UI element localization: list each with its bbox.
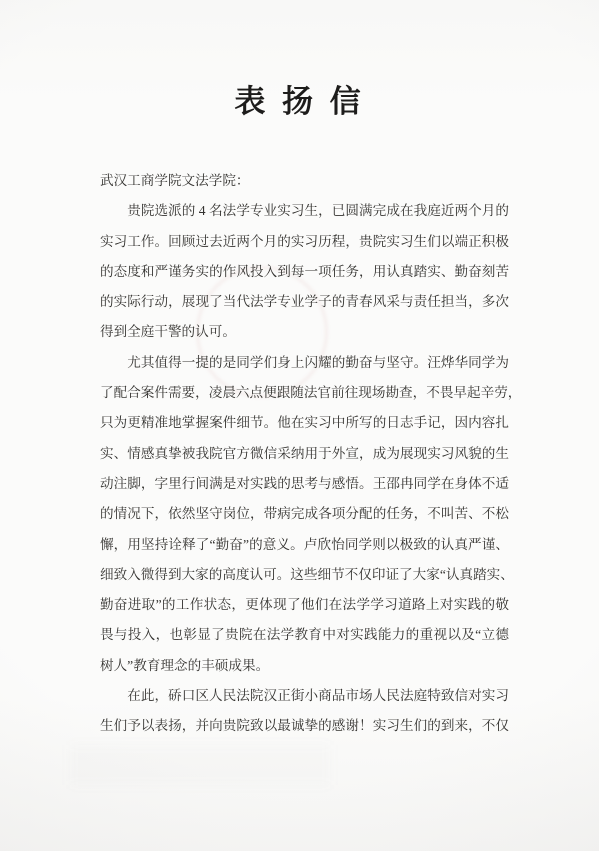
letter-line: 畏与投入，也彰显了贵院在法学教育中对实践能力的重视以及“立德 (100, 620, 509, 650)
letter-line: 贵院选派的 4 名法学专业实习生，已圆满完成在我庭近两个月的 (100, 196, 509, 226)
letter-line: 树人”教育理念的丰硕成果。 (100, 651, 509, 681)
letter-line: 的态度和严谨务实的作风投入到每一项任务，用认真踏实、勤奋刻苦 (100, 257, 509, 287)
letter-line: 尤其值得一提的是同学们身上闪耀的勤奋与坚守。汪烨华同学为 (100, 348, 509, 378)
letter-salutation: 武汉工商学院文法学院： (100, 166, 509, 196)
letter-line: 只为更精准地掌握案件细节。他在实习中所写的日志手记，因内容扎 (100, 408, 509, 438)
letter-line: 实习工作。回顾过去近两个月的实习历程，贵院实习生们以端正积极 (100, 227, 509, 257)
letter-page: 表 扬 信 武汉工商学院文法学院： 贵院选派的 4 名法学专业实习生，已圆满完成… (0, 0, 599, 851)
letter-line: 的实际行动，展现了当代法学专业学子的青春风采与责任担当，多次 (100, 287, 509, 317)
letter-line: 了配合案件需要，凌晨六点便跟随法官前往现场勘查，不畏早起辛劳， (100, 378, 509, 408)
letter-line: 生们予以表扬，并向贵院致以最诚挚的感谢！实习生们的到来，不仅 (100, 711, 509, 741)
letter-line: 动注脚，字里行间满是对实践的思考与感悟。王邵冉同学在身体不适 (100, 469, 509, 499)
letter-line: 细致入微得到大家的高度认可。这些细节不仅印证了大家“认真踏实、 (100, 560, 509, 590)
letter-line: 实、情感真挚被我院官方微信采纳用于外宣，成为展现实习风貌的生 (100, 439, 509, 469)
letter-body: 武汉工商学院文法学院： 贵院选派的 4 名法学专业实习生，已圆满完成在我庭近两个… (100, 166, 509, 742)
letter-line: 得到全庭干警的认可。 (100, 317, 509, 347)
letter-line: 懈，用坚持诠释了“勤奋”的意义。卢欣怡同学则以极致的认真严谨、 (100, 530, 509, 560)
letter-title: 表 扬 信 (0, 76, 599, 121)
paper-ghost-smudge (70, 745, 330, 785)
letter-paragraphs: 贵院选派的 4 名法学专业实习生，已圆满完成在我庭近两个月的实习工作。回顾过去近… (100, 196, 509, 741)
letter-line: 勤奋进取”的工作状态，更体现了他们在法学学习道路上对实践的敬 (100, 590, 509, 620)
letter-line: 的情况下，依然坚守岗位，带病完成各项分配的任务，不叫苦、不松 (100, 499, 509, 529)
letter-line: 在此，硚口区人民法院汉正街小商品市场人民法庭特致信对实习 (100, 681, 509, 711)
